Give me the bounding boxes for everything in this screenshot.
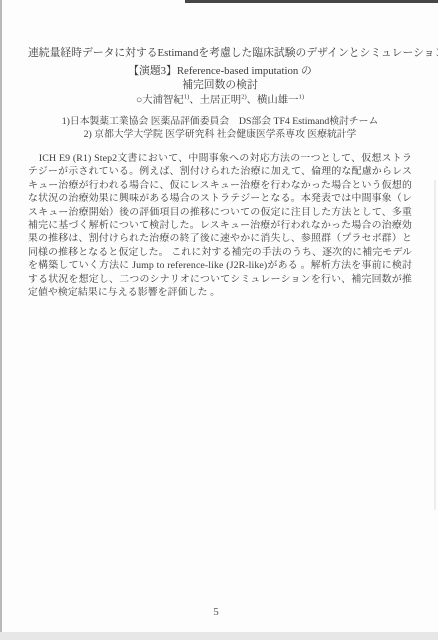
scan-edge-top [185,0,438,3]
scan-edge-right [434,180,436,510]
document-title: 連続量経時データに対するEstimandを考慮した臨床試験のデザインとシミュレー… [28,46,412,61]
affiliation-1: 1)日本製薬工業協会 医薬品評価委員会 DS部会 TF4 Estimand検討チ… [28,116,412,129]
author-name: 横山雄一 [257,95,299,106]
author-separator: 、 [189,95,199,106]
scan-edge-bottom [0,632,438,640]
scanned-page: 連続量経時データに対するEstimandを考慮した臨床試験のデザインとシミュレー… [0,0,438,640]
author-affiliation-ref: 1) [299,94,304,101]
subtitle-session: 【演題3】Reference-based imputation の [28,64,412,78]
author-name: 土居正明 [200,95,242,106]
affiliation-2: 2) 京都大学大学院 医学研究科 社会健康医学系専攻 医療統計学 [28,129,412,142]
scan-edge-left [0,0,2,640]
page-number: 5 [0,606,432,618]
abstract-paragraph: ICH E9 (R1) Step2文書において、中間事象への対応方法の一つとして… [28,152,412,299]
subtitle-topic: 補完回数の検討 [28,78,412,92]
author-separator: 、 [247,95,257,106]
author-name: 大浦智紀 [142,95,184,106]
authors-line: ○大浦智紀1)、土居正明2)、横山雄一1) [28,94,412,108]
document-content: 連続量経時データに対するEstimandを考慮した臨床試験のデザインとシミュレー… [28,46,412,299]
